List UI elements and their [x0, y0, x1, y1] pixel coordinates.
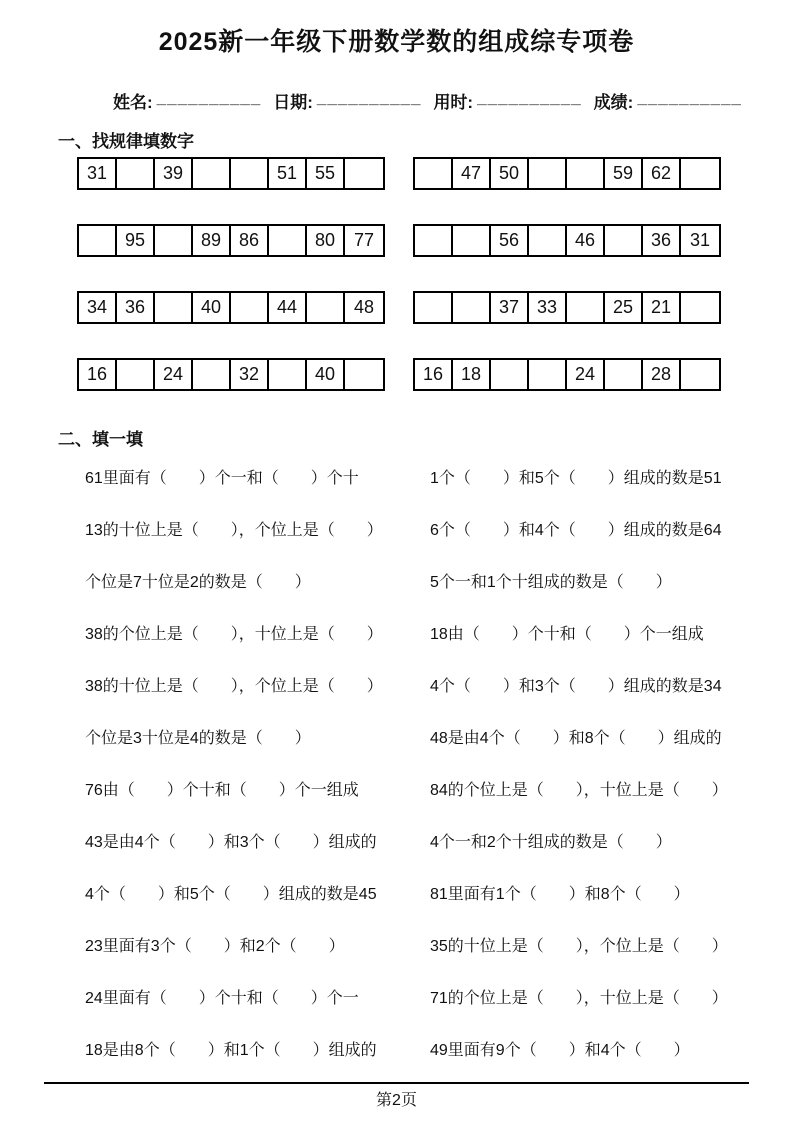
sequence-table-3-left: 34 36 40 44 48 — [77, 291, 385, 324]
fill-item: 48是由4个（ ）和8个（ ）组成的 — [430, 710, 775, 762]
fill-item: 23里面有3个（ ）和2个（ ） — [85, 918, 430, 970]
sequence-table-2-right: 56 46 36 31 — [413, 224, 721, 257]
sequence-cell — [567, 293, 605, 322]
fill-item: 1个（ ）和5个（ ）组成的数是51 — [430, 450, 775, 502]
worksheet-page: 2025新一年级下册数学数的组成综专项卷 姓名: __________ 日期: … — [0, 0, 793, 1122]
sequence-cell — [529, 360, 567, 389]
sequence-cell — [231, 293, 269, 322]
meta-line: 姓名: __________ 日期: __________ 用时: ______… — [113, 88, 793, 113]
sequence-cell: 18 — [453, 360, 491, 389]
sequence-cell: 55 — [307, 159, 345, 188]
fill-item: 49里面有9个（ ）和4个（ ） — [430, 1022, 775, 1074]
sequence-rows: 31 39 51 55 47 50 59 62 — [77, 157, 793, 391]
meta-field-score: 成绩: __________ — [594, 88, 742, 113]
fill-item: 6个（ ）和4个（ ）组成的数是64 — [430, 502, 775, 554]
fill-item: 43是由4个（ ）和3个（ ）组成的 — [85, 814, 430, 866]
fill-item: 4个（ ）和5个（ ）组成的数是45 — [85, 866, 430, 918]
sequence-cell — [117, 159, 155, 188]
sequence-cell: 25 — [605, 293, 643, 322]
page-title: 2025新一年级下册数学数的组成综专项卷 — [0, 0, 793, 58]
meta-field-date: 日期: __________ — [273, 88, 421, 113]
fill-in-grid: 61里面有（ ）个一和（ ）个十 13的十位上是（ ），个位上是（ ） 个位是7… — [85, 450, 793, 1074]
footer-divider — [44, 1082, 749, 1084]
sequence-cell: 31 — [79, 159, 117, 188]
fill-item: 38的十位上是（ ），个位上是（ ） — [85, 658, 430, 710]
section2-heading: 二、填一填 — [58, 425, 793, 450]
sequence-row-3: 34 36 40 44 48 37 33 25 21 — [77, 291, 793, 324]
sequence-cell: 80 — [307, 226, 345, 255]
sequence-cell: 40 — [193, 293, 231, 322]
sequence-cell: 86 — [231, 226, 269, 255]
sequence-cell: 36 — [117, 293, 155, 322]
sequence-table-1-left: 31 39 51 55 — [77, 157, 385, 190]
meta-label-score: 成绩: — [594, 88, 634, 113]
sequence-cell: 51 — [269, 159, 307, 188]
fill-item: 38的个位上是（ ），十位上是（ ） — [85, 606, 430, 658]
fill-item: 35的十位上是（ ），个位上是（ ） — [430, 918, 775, 970]
fill-item: 24里面有（ ）个十和（ ）个一 — [85, 970, 430, 1022]
sequence-row-4: 16 24 32 40 16 18 24 28 — [77, 358, 793, 391]
sequence-cell — [567, 159, 605, 188]
fill-item: 13的十位上是（ ），个位上是（ ） — [85, 502, 430, 554]
meta-field-time: 用时: __________ — [433, 88, 581, 113]
sequence-cell: 31 — [681, 226, 719, 255]
fill-item: 18由（ ）个十和（ ）个一组成 — [430, 606, 775, 658]
sequence-row-1: 31 39 51 55 47 50 59 62 — [77, 157, 793, 190]
fill-item: 84的个位上是（ ），十位上是（ ） — [430, 762, 775, 814]
sequence-cell — [605, 360, 643, 389]
sequence-cell — [307, 293, 345, 322]
sequence-cell — [193, 360, 231, 389]
sequence-cell — [453, 226, 491, 255]
sequence-cell — [529, 159, 567, 188]
sequence-cell: 39 — [155, 159, 193, 188]
section1-heading: 一、找规律填数字 — [58, 127, 793, 152]
sequence-cell: 77 — [345, 226, 383, 255]
fill-item: 个位是3十位是4的数是（ ） — [85, 710, 430, 762]
sequence-cell — [269, 226, 307, 255]
meta-field-name: 姓名: __________ — [113, 88, 261, 113]
sequence-cell: 59 — [605, 159, 643, 188]
sequence-cell: 34 — [79, 293, 117, 322]
sequence-cell — [681, 360, 719, 389]
sequence-cell — [681, 293, 719, 322]
sequence-cell: 21 — [643, 293, 681, 322]
sequence-cell: 16 — [79, 360, 117, 389]
sequence-cell: 89 — [193, 226, 231, 255]
sequence-row-2: 95 89 86 80 77 56 46 36 31 — [77, 224, 793, 257]
sequence-table-4-right: 16 18 24 28 — [413, 358, 721, 391]
sequence-cell: 24 — [155, 360, 193, 389]
sequence-cell — [155, 226, 193, 255]
sequence-cell — [453, 293, 491, 322]
sequence-cell — [269, 360, 307, 389]
fill-item: 5个一和1个十组成的数是（ ） — [430, 554, 775, 606]
fill-item: 4个一和2个十组成的数是（ ） — [430, 814, 775, 866]
sequence-cell — [529, 226, 567, 255]
sequence-cell — [155, 293, 193, 322]
meta-label-time: 用时: — [433, 88, 473, 113]
sequence-cell — [415, 293, 453, 322]
sequence-cell — [345, 159, 383, 188]
sequence-cell — [415, 226, 453, 255]
sequence-cell — [345, 360, 383, 389]
sequence-cell — [415, 159, 453, 188]
sequence-cell: 47 — [453, 159, 491, 188]
fill-item: 4个（ ）和3个（ ）组成的数是34 — [430, 658, 775, 710]
sequence-cell: 32 — [231, 360, 269, 389]
page-number: 第2页 — [0, 1087, 793, 1110]
sequence-cell — [231, 159, 269, 188]
meta-blank-score: __________ — [637, 88, 742, 113]
fill-item: 18是由8个（ ）和1个（ ）组成的 — [85, 1022, 430, 1074]
sequence-cell: 40 — [307, 360, 345, 389]
fill-item: 76由（ ）个十和（ ）个一组成 — [85, 762, 430, 814]
sequence-table-3-right: 37 33 25 21 — [413, 291, 721, 324]
sequence-cell — [491, 360, 529, 389]
sequence-cell: 24 — [567, 360, 605, 389]
meta-label-date: 日期: — [273, 88, 313, 113]
sequence-table-2-left: 95 89 86 80 77 — [77, 224, 385, 257]
sequence-cell — [193, 159, 231, 188]
meta-blank-name: __________ — [157, 88, 262, 113]
sequence-cell: 44 — [269, 293, 307, 322]
meta-blank-time: __________ — [477, 88, 582, 113]
sequence-table-1-right: 47 50 59 62 — [413, 157, 721, 190]
sequence-cell: 62 — [643, 159, 681, 188]
meta-label-name: 姓名: — [113, 88, 153, 113]
sequence-cell: 16 — [415, 360, 453, 389]
sequence-cell — [117, 360, 155, 389]
fill-item: 81里面有1个（ ）和8个（ ） — [430, 866, 775, 918]
fill-item: 个位是7十位是2的数是（ ） — [85, 554, 430, 606]
meta-blank-date: __________ — [317, 88, 422, 113]
sequence-cell — [79, 226, 117, 255]
sequence-cell: 36 — [643, 226, 681, 255]
sequence-cell — [605, 226, 643, 255]
sequence-cell: 33 — [529, 293, 567, 322]
sequence-cell — [681, 159, 719, 188]
sequence-cell: 37 — [491, 293, 529, 322]
sequence-cell: 28 — [643, 360, 681, 389]
fill-item: 71的个位上是（ ），十位上是（ ） — [430, 970, 775, 1022]
sequence-table-4-left: 16 24 32 40 — [77, 358, 385, 391]
sequence-cell: 95 — [117, 226, 155, 255]
sequence-cell: 46 — [567, 226, 605, 255]
sequence-cell: 50 — [491, 159, 529, 188]
sequence-cell: 48 — [345, 293, 383, 322]
fill-item: 61里面有（ ）个一和（ ）个十 — [85, 450, 430, 502]
sequence-cell: 56 — [491, 226, 529, 255]
